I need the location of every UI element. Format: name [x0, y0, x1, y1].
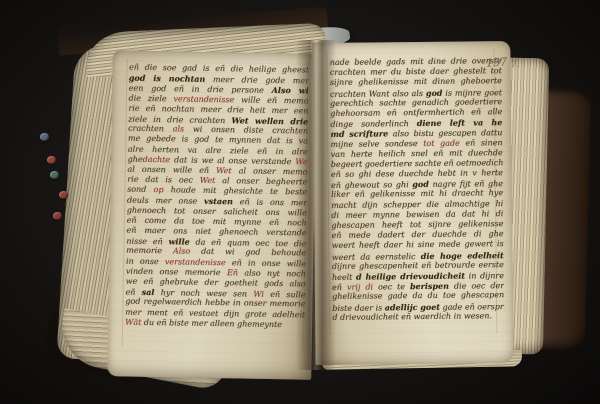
ink-text: die hoge edelheit	[421, 250, 504, 261]
ink-text: wille eñ memo	[234, 95, 308, 105]
fore-edge-tab	[50, 171, 59, 179]
ink-text: van herte heilich snel eñ mit duechde	[331, 148, 503, 159]
ink-text: dijnre ghescapenheit eñ betrourde eerste	[332, 260, 504, 271]
rubricated-text: Wet	[200, 176, 216, 185]
ink-text: dat wi god behoude	[190, 247, 306, 258]
rubricated-text: vrij di	[347, 283, 373, 292]
rubricated-text: als	[173, 124, 185, 133]
ink-text: eñ	[332, 283, 347, 292]
folio-number-edge-mark: 7.	[511, 60, 521, 71]
ink-text: wi onsen diste crachten	[184, 125, 308, 136]
rubricated-text: We	[295, 157, 307, 166]
ink-text: god	[412, 179, 429, 189]
ink-text: sond	[127, 185, 154, 194]
ink-text: gerechtich sachte genadich goedertiere	[330, 97, 502, 108]
ink-text: ghehoorsam eñ ontfermhertich eñ alle	[330, 107, 502, 118]
ink-text: ghescapen heeft tot sijnre gelikenisse	[331, 219, 503, 230]
rubricated-text: Wāt	[125, 317, 141, 326]
folio-number: 157	[486, 55, 508, 69]
ink-text: macht dijn schepper die almachtige hi	[331, 199, 503, 210]
ink-text: sal	[142, 287, 155, 297]
ink-text: heelt	[332, 273, 356, 282]
ink-text: mijne selve sondese	[330, 138, 423, 148]
ink-text: du eñ biste mer alleen ghemeynte	[141, 318, 282, 329]
ink-text: eñ sulle	[264, 290, 306, 300]
ink-text: ghe	[128, 154, 143, 163]
ink-text: god	[426, 87, 443, 97]
ink-text: die oec der	[449, 281, 504, 291]
ink-text: di meer mynne bewisen da dat hi di	[331, 209, 503, 220]
rubricated-text: dachte	[143, 155, 171, 164]
ink-text: diene left va he	[417, 117, 503, 128]
ink-text: in onse	[126, 256, 165, 266]
rubricated-text: verstandenisse	[173, 94, 234, 104]
rubricated-text: Eñ	[227, 268, 238, 277]
ink-text: ghelikenisse gade da du toe ghescapen	[332, 290, 504, 301]
right-page-text: nade beelde gads mit dine drie overstecr…	[330, 56, 505, 323]
ink-text: weert heeft daer hi sine mede gewert is	[332, 239, 504, 250]
ink-text: crachten mer du biste daer ghestelt tot	[330, 66, 502, 77]
ink-text: Also wi	[272, 85, 309, 96]
ink-text: eñ	[125, 288, 141, 297]
rubricated-text: op	[153, 185, 163, 194]
ink-text: al onser memo	[232, 166, 308, 176]
ink-text: eñ mede dadert der duechde di ghe	[331, 229, 503, 240]
ink-text: md scrifture	[330, 129, 388, 140]
manuscript-line: d drievoudicheit eñ waerdich in wesen.	[332, 311, 504, 323]
rubricated-text: verstandenisse	[165, 257, 226, 267]
ink-text: eñ sinen	[460, 138, 503, 147]
ink-text: adellijc goet	[385, 301, 440, 312]
ink-text: memorie	[126, 246, 173, 256]
fore-edge-tab	[47, 156, 56, 164]
ink-text: eñ in onse wille	[226, 258, 306, 268]
ink-text: al onsen wille eñ	[127, 164, 216, 174]
left-page-text: eñ die soe gad is eñ die heilige gheestg…	[125, 63, 309, 331]
ink-text: nisse eñ	[126, 237, 168, 247]
rubricated-text: Wi	[253, 290, 264, 299]
ink-text: nade beelde gads mit dine drie overste	[330, 56, 502, 67]
ink-text: die ziele	[128, 93, 173, 103]
ink-text: rie dat is oec	[127, 175, 200, 185]
ink-text: liker eñ gelikenisse mit hi draecht hye	[331, 189, 503, 200]
ink-text: gade eñ oersprunge	[440, 301, 504, 311]
ink-text: vstaen	[204, 196, 233, 206]
fore-edge-tab	[40, 133, 49, 141]
ink-text: berispen	[410, 281, 449, 291]
ink-text: vinden onse memorie	[126, 266, 227, 277]
ink-text: is mijnre goet	[442, 88, 502, 98]
fore-edge-tab	[59, 191, 68, 199]
ink-text: biste daer is	[332, 303, 385, 313]
ink-text: dat is we al onse verstande	[170, 155, 295, 166]
ink-text: also nyt noch	[238, 268, 306, 278]
ink-text: in dijnre	[465, 271, 504, 280]
ink-text: begeert goedertiere sachte eñ oetmoedich	[331, 158, 503, 169]
rubricated-text: Wet	[216, 166, 232, 175]
ink-text: wille	[168, 236, 189, 246]
ink-text: oec te	[373, 282, 410, 291]
ink-text: al onser begheerte	[215, 176, 307, 186]
ink-text: d drievoudicheit eñ waerdich in wesen.	[332, 311, 492, 322]
rubricated-text: Also	[173, 247, 190, 256]
rubricated-text: tot gade	[423, 138, 460, 147]
ink-text: sijnre ghelikenisse mit dinen gheboerte	[330, 76, 502, 87]
ink-text: crachten	[128, 124, 173, 134]
ink-text: eñ so ghi dese duechde hebt in v herte	[331, 168, 503, 179]
photo-open-manuscript: eñ die soe gad is eñ die heilige gheestg…	[0, 0, 600, 404]
fore-edge-tab	[53, 212, 62, 220]
